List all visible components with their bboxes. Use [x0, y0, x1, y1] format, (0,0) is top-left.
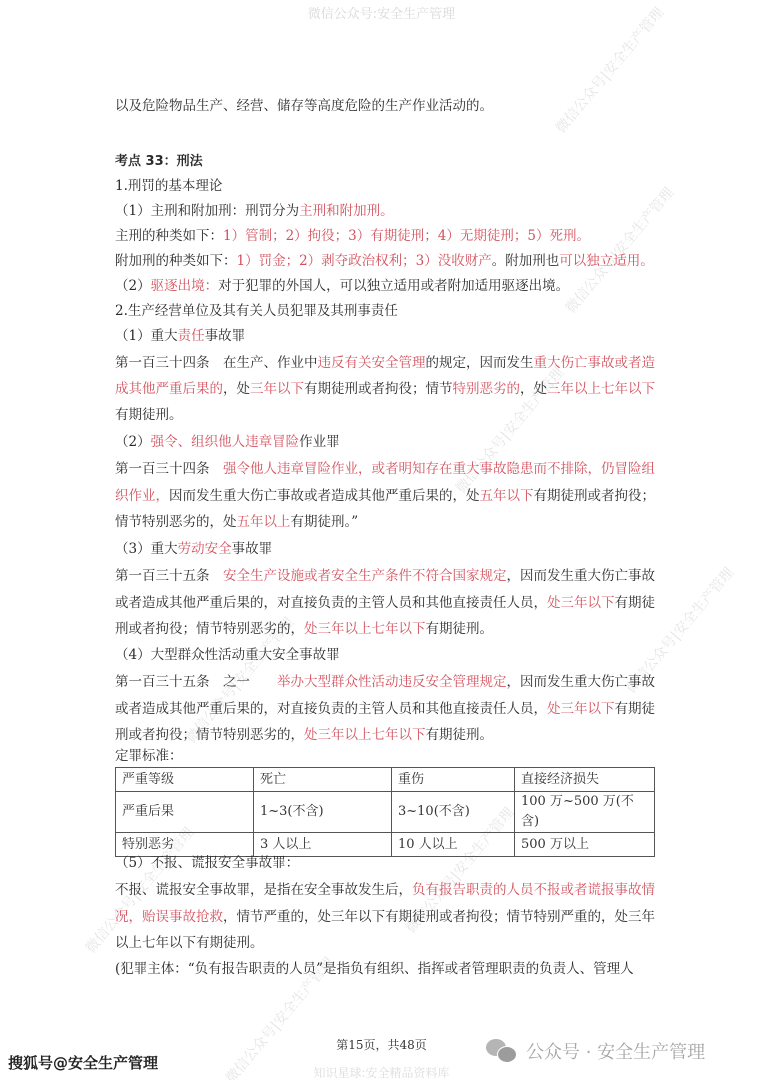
- text: 的规定，因而发生: [426, 355, 534, 371]
- paragraph: (犯罪主体：“负有报告职责的人员”是指负有组织、指挥或者管理职责的负责人、管理人: [115, 959, 634, 979]
- highlight-text: 主刑和附加刑。: [299, 203, 394, 219]
- subsection-title: 1.刑罚的基本理论: [115, 176, 222, 196]
- text: ，处: [520, 381, 547, 397]
- text: 第一百三十四条 在生产、作业中: [115, 355, 318, 371]
- standard-label: 定罪标准：: [115, 746, 183, 766]
- paragraph: 刑或者拘役；情节特别恶劣的，处三年以上七年以下有期徒刑。: [115, 619, 493, 639]
- text: ，因而发生重大伤亡事故: [507, 674, 656, 690]
- text: （2）: [115, 434, 151, 450]
- table-header-row: 严重等级 死亡 重伤 直接经济损失: [116, 768, 655, 792]
- section-heading: 考点 33：刑法: [115, 152, 203, 172]
- highlight-text: 1）管制；2）拘役；3）有期徒刑；4）无期徒刑；5）死刑。: [223, 228, 590, 244]
- text: 第一百三十五条: [115, 568, 223, 584]
- text: 主刑的种类如下：: [115, 228, 223, 244]
- paragraph: （2）驱逐出境：对于犯罪的外国人，可以独立适用或者附加适用驱逐出境。: [115, 276, 569, 296]
- text: （1）重大: [115, 328, 178, 344]
- highlight-text: 驱逐出境：: [151, 278, 219, 294]
- sohu-account-label: 搜狐号@安全生产管理: [8, 1052, 158, 1073]
- text: 因而发生重大伤亡事故或者造成其他严重后果的，处: [169, 488, 480, 504]
- paragraph: 不报、谎报安全事故罪，是指在安全事故发生后，负有报告职责的人员不报或者谎报事故情: [115, 880, 655, 900]
- text: 有期徒刑或者拘役；: [534, 488, 656, 504]
- text: 附加刑的种类如下：: [115, 253, 237, 269]
- table-row: 严重后果 1~3(不含) 3~10(不含) 100 万~500 万(不含): [116, 792, 655, 833]
- highlight-text: 特别恶劣的: [453, 381, 521, 397]
- crime-title: （1）重大责任事故罪: [115, 326, 245, 346]
- highlight-text: 举办大型群众性活动违反安全管理规定: [277, 674, 507, 690]
- paragraph: 或者造成其他严重后果的，对直接负责的主管人员和其他直接责任人员，处三年以下有期徒: [115, 699, 655, 719]
- sentencing-standard-table: 严重等级 死亡 重伤 直接经济损失 严重后果 1~3(不含) 3~10(不含) …: [115, 767, 655, 857]
- highlight-text: 处三年以上七年以下: [304, 727, 426, 743]
- text: 或者造成其他严重后果的，对直接负责的主管人员和其他直接责任人员，: [115, 701, 547, 717]
- table-cell: 100 万~500 万(不含): [515, 792, 655, 833]
- table-cell: 3~10(不含): [392, 792, 515, 833]
- paragraph: 第一百三十四条 在生产、作业中违反有关安全管理的规定，因而发生重大伤亡事故或者造: [115, 353, 655, 373]
- highlight-text: 成其他严重后果的: [115, 381, 223, 397]
- crime-title: （2）强令、组织他人违章冒险作业罪: [115, 432, 340, 452]
- highlight-text: 安全生产设施或者安全生产条件不符合国家规定: [223, 568, 507, 584]
- diagonal-watermark: 微信公众号|安全生产管理: [551, 3, 668, 137]
- text: 刑或者拘役；情节特别恶劣的，: [115, 727, 304, 743]
- text: 有期徒: [615, 701, 656, 717]
- text: 作业罪: [299, 434, 340, 450]
- text: 有期徒: [615, 595, 656, 611]
- table-cell: 500 万以上: [515, 833, 655, 857]
- table-cell: 1~3(不含): [254, 792, 392, 833]
- text: 事故罪: [232, 541, 273, 557]
- paragraph: 以上七年以下有期徒刑。: [115, 933, 264, 953]
- text: 有期徒刑。: [426, 727, 494, 743]
- paragraph: 第一百三十五条 安全生产设施或者安全生产条件不符合国家规定，因而发生重大伤亡事故: [115, 566, 655, 586]
- highlight-text: 处三年以上七年以下: [304, 621, 426, 637]
- highlight-text: 处三年以下: [547, 701, 615, 717]
- highlight-text: 负有报告职责的人员不报或者谎报事故情: [412, 882, 655, 898]
- text: 有期徒刑或者拘役；情节: [304, 381, 453, 397]
- paragraph: 主刑的种类如下：1）管制；2）拘役；3）有期徒刑；4）无期徒刑；5）死刑。: [115, 226, 590, 246]
- text: 对于犯罪的外国人，可以独立适用或者附加适用驱逐出境。: [218, 278, 569, 294]
- paragraph: 第一百三十四条 强令他人违章冒险作业，或者明知存在重大事故隐患而不排除，仍冒险组: [115, 459, 655, 479]
- highlight-text: 五年以上: [237, 514, 291, 530]
- crime-title: （3）重大劳动安全事故罪: [115, 539, 272, 559]
- text: 第一百三十四条: [115, 461, 223, 477]
- paragraph: 第一百三十五条 之一 举办大型群众性活动违反安全管理规定，因而发生重大伤亡事故: [115, 672, 655, 692]
- wechat-account-label: 公众号 · 安全生产管理: [526, 1038, 705, 1064]
- highlight-text: 处三年以下: [547, 595, 615, 611]
- paragraph: 或者造成其他严重后果的，对直接负责的主管人员和其他直接责任人员，处三年以下有期徒: [115, 593, 655, 613]
- text: 情节特别恶劣的，处: [115, 514, 237, 530]
- highlight-text: 责任: [178, 328, 205, 344]
- paragraph: 刑或者拘役；情节特别恶劣的，处三年以上七年以下有期徒刑。: [115, 725, 493, 745]
- text: 有期徒刑。: [426, 621, 494, 637]
- top-watermark: 微信公众号:安全生产管理: [0, 3, 763, 22]
- wechat-icon: [486, 1039, 520, 1063]
- paragraph: 况，贻误事故抢救，情节严重的，处三年以下有期徒刑或者拘役；情节特别严重的，处三年: [115, 907, 655, 927]
- text: 事故罪: [205, 328, 246, 344]
- highlight-text: 强令他人违章冒险作业，或者明知存在重大事故隐患而不排除，仍冒险组: [223, 461, 655, 477]
- text: ，处: [223, 381, 250, 397]
- table-cell: 严重后果: [116, 792, 254, 833]
- text: （1）主刑和附加刑：刑罚分为: [115, 203, 299, 219]
- highlight-text: 织作业，: [115, 488, 169, 504]
- highlight-text: 强令、组织他人违章冒险: [151, 434, 300, 450]
- table-header-cell: 严重等级: [116, 768, 254, 792]
- text: 或者造成其他严重后果的，对直接负责的主管人员和其他直接责任人员，: [115, 595, 547, 611]
- highlight-text: 1）罚金；2）剥夺政治权利；3）没收财产: [237, 253, 492, 269]
- intro-line: 以及危险物品生产、经营、储存等高度危险的生产作业活动的。: [115, 96, 493, 116]
- text: ，因而发生重大伤亡事故: [507, 568, 656, 584]
- crime-title: （4）大型群众性活动重大安全事故罪: [115, 645, 340, 665]
- highlight-text: 三年以下: [250, 381, 304, 397]
- highlight-text: 三年以上七年以下: [547, 381, 655, 397]
- table-cell: 10 人以上: [392, 833, 515, 857]
- highlight-text: 违反有关安全管理: [318, 355, 426, 371]
- wechat-account-badge: 公众号 · 安全生产管理: [486, 1038, 705, 1064]
- text: 不报、谎报安全事故罪，是指在安全事故发生后，: [115, 882, 412, 898]
- highlight-text: 重大伤亡事故或者造: [534, 355, 656, 371]
- text: 有期徒刑。”: [291, 514, 359, 530]
- table-header-cell: 重伤: [392, 768, 515, 792]
- text: 第一百三十五条 之一: [115, 674, 277, 690]
- highlight-text: 劳动安全: [178, 541, 232, 557]
- table-header-cell: 直接经济损失: [515, 768, 655, 792]
- diagonal-watermark: 微信公众号|安全生产管理: [561, 183, 678, 317]
- paragraph: 织作业，因而发生重大伤亡事故或者造成其他严重后果的，处五年以下有期徒刑或者拘役；: [115, 486, 655, 506]
- highlight-text: 五年以下: [480, 488, 534, 504]
- text: ，情节严重的，处三年以下有期徒刑或者拘役；情节特别严重的，处三年: [223, 909, 655, 925]
- crime-title: （5）不报、谎报安全事故罪：: [115, 853, 299, 873]
- paragraph: 情节特别恶劣的，处五年以上有期徒刑。”: [115, 512, 358, 532]
- highlight-text: 可以独立适用。: [559, 253, 654, 269]
- table-header-cell: 死亡: [254, 768, 392, 792]
- text: 。附加刑也: [492, 253, 560, 269]
- paragraph: 有期徒刑。: [115, 405, 183, 425]
- paragraph: （1）主刑和附加刑：刑罚分为主刑和附加刑。: [115, 201, 394, 221]
- subsection-title: 2.生产经营单位及其有关人员犯罪及其刑事责任: [115, 301, 398, 321]
- text: 刑或者拘役；情节特别恶劣的，: [115, 621, 304, 637]
- text: （2）: [115, 278, 151, 294]
- highlight-text: 况，贻误事故抢救: [115, 909, 223, 925]
- paragraph: 附加刑的种类如下：1）罚金；2）剥夺政治权利；3）没收财产。附加刑也可以独立适用…: [115, 251, 654, 271]
- paragraph: 成其他严重后果的，处三年以下有期徒刑或者拘役；情节特别恶劣的，处三年以上七年以下: [115, 379, 655, 399]
- text: （3）重大: [115, 541, 178, 557]
